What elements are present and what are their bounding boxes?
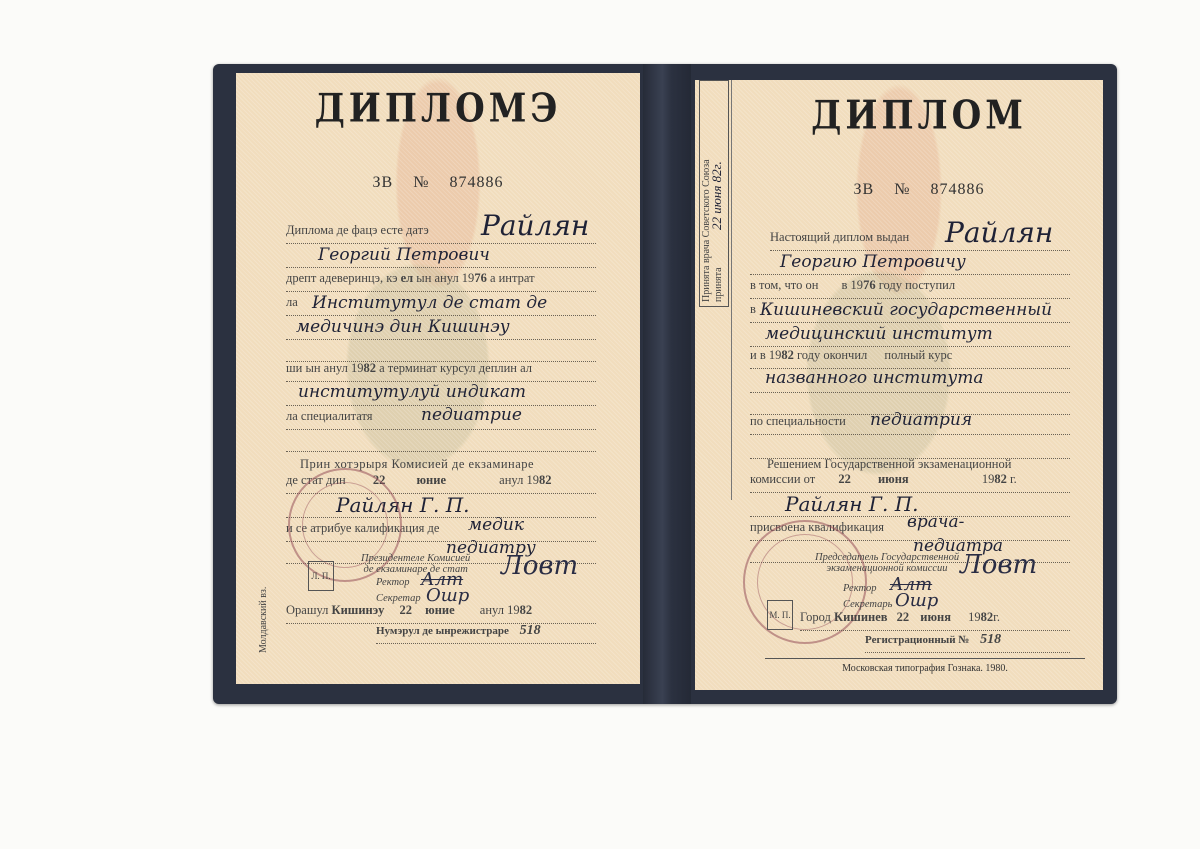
diploma-page-moldavian: ДИПЛОМЭ ЗВ№874886 Диплома де фацэ есте д… (236, 73, 640, 684)
entered-year-line: в том, что он в 1976 году поступил (750, 278, 1070, 299)
rector-label: Ректор (376, 577, 410, 588)
blank-line (286, 431, 596, 452)
finished-year-line: и в 1982 году окончил полный курс (750, 348, 1070, 369)
secretary-label: Секретарь (843, 599, 892, 610)
commission-date-line: комиссии от 22 июня 1982 г. (750, 472, 1070, 493)
registration-line: Нумэрул де ынрежистраре 518 (376, 623, 596, 644)
commission-label: Решением Государственной экзаменационной (767, 457, 1011, 472)
seal-place-box: Л. П. (308, 561, 334, 591)
diploma-serial-number: ЗВ№874886 (236, 174, 640, 192)
secretary-signature: Ошр (895, 590, 938, 611)
specialty-handwritten: педиатрие (421, 405, 522, 425)
given-names-handwritten: Георгий Петрович (318, 245, 490, 265)
finished-year-line: ши ын анул 1982 а терминат курсул деплин… (286, 361, 596, 382)
year-finished: 82 (781, 348, 794, 362)
institution-handwritten-1: Институтул де стат де (312, 293, 547, 313)
institution-ref-handwritten: институтулуй индикат (298, 382, 526, 402)
institution-handwritten-2: медицинский институт (765, 324, 993, 344)
registration-line: Регистрационный № 518 (865, 632, 1070, 653)
qualification-handwritten-1: врача- (907, 512, 964, 532)
page-title: ДИПЛОМЭ (236, 86, 640, 132)
registration-number: 518 (980, 632, 1001, 647)
printer-footer: Московская типография Гознака. 1980. (765, 658, 1085, 674)
blank-line (286, 341, 596, 362)
side-stamp-text-2: принята (713, 267, 724, 302)
blank-line (750, 438, 1070, 459)
diploma-serial-number: ЗВ№874886 (735, 181, 1103, 199)
diploma-page-russian: Принята врача Советского Союза принята 2… (695, 80, 1103, 690)
qualification-handwritten-1: медик (468, 515, 524, 535)
registration-number: 518 (520, 623, 541, 638)
chairman-label: Председатель Государственной экзаменацио… (815, 552, 959, 574)
year-entered: 76 (474, 271, 487, 285)
given-names-handwritten: Георгию Петровичу (780, 252, 966, 272)
surname-handwritten: Райлян (481, 209, 589, 242)
chairman-signature: Ловт (960, 550, 1037, 580)
specialty-handwritten: педиатрия (870, 410, 972, 430)
side-stamp-handwritten-date: 22 июня 82г. (709, 161, 725, 230)
city-date-line: Орашул Кишинэу 22 юние анул 1982 (286, 603, 596, 624)
side-stamp-strip: Принята врача Советского Союза принята 2… (695, 80, 732, 500)
entered-year-line: дрепт адеверинцэ, кэ ел ын анул 1976 а и… (286, 271, 596, 292)
page-title: ДИПЛОМ (735, 93, 1103, 139)
year-entered: 76 (863, 278, 876, 292)
institution-handwritten-1: Кишиневский государственный (760, 300, 1052, 320)
city-date-line: Город Кишинев 22 июня 1982г. (800, 610, 1070, 631)
institution-handwritten-2: медичинэ дин Кишинэу (296, 317, 510, 337)
year-finished: 82 (363, 361, 376, 375)
chairman-signature: Ловт (501, 551, 578, 581)
rector-label: Ректор (843, 583, 877, 594)
seal-place-box: М. П. (767, 600, 793, 630)
name-short-handwritten: Райлян Г. П. (785, 492, 919, 516)
surname-handwritten: Райлян (945, 216, 1053, 249)
institution-ref-handwritten: названного института (765, 368, 983, 388)
printer-vertical-note: Молдавский вз. (258, 587, 269, 653)
